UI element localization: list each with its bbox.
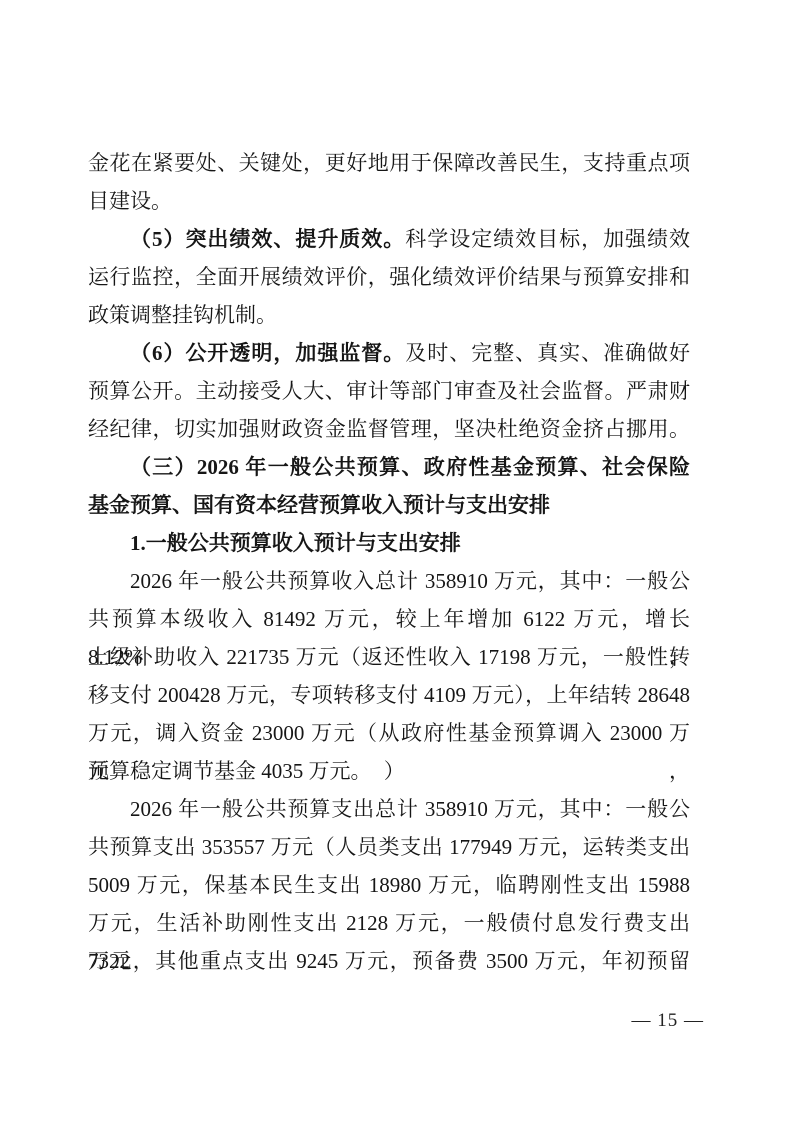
text-line: 政策调整挂钩机制。: [88, 296, 690, 334]
text-line: 共预算支出 353557 万元（人员类支出 177949 万元，运转类支出: [88, 828, 690, 866]
text-line: 万元，其他重点支出 9245 万元，预备费 3500 万元，年初预留: [88, 942, 690, 980]
line-heading: （5）突出绩效、提升质效。: [130, 227, 405, 251]
line-heading: （6）公开透明，加强监督。: [130, 341, 405, 365]
line-heading: 1.一般公共预算收入预计与支出安排: [130, 531, 461, 555]
line-text: 万元，其他重点支出 9245 万元，预备费 3500 万元，年初预留: [88, 949, 690, 973]
text-line: 预算公开。主动接受人大、审计等部门审查及社会监督。严肃财: [88, 372, 690, 410]
text-line: 目建设。: [88, 182, 690, 220]
section-heading-line: 基金预算、国有资本经营预算收入预计与支出安排: [88, 486, 690, 524]
line-text: 移支付 200428 万元，专项转移支付 4109 万元），上年结转 28648: [88, 683, 690, 707]
line-heading: （三）2026 年一般公共预算、政府性基金预算、社会保险: [130, 455, 690, 479]
line-text: 目建设。: [88, 189, 172, 213]
text-line: 5009 万元，保基本民生支出 18980 万元，临聘刚性支出 15988: [88, 866, 690, 904]
line-text: 经纪律，切实加强财政资金监督管理，坚决杜绝资金挤占挪用。: [88, 417, 690, 441]
text-line: 经纪律，切实加强财政资金监督管理，坚决杜绝资金挤占挪用。: [88, 410, 690, 448]
line-heading: 基金预算、国有资本经营预算收入预计与支出安排: [88, 493, 550, 517]
line-text: 5009 万元，保基本民生支出 18980 万元，临聘刚性支出 15988: [88, 873, 690, 897]
text-line: 运行监控，全面开展绩效评价，强化绩效评价结果与预算安排和: [88, 258, 690, 296]
text-line: 万元，生活补助刚性支出 2128 万元，一般债付息发行费支出 7322: [88, 904, 690, 942]
text-body: 金花在紧要处、关键处，更好地用于保障改善民生，支持重点项 目建设。 （5）突出绩…: [88, 144, 690, 980]
line-text: 科学设定绩效目标，加强绩效: [405, 227, 690, 251]
line-text: 共预算支出 353557 万元（人员类支出 177949 万元，运转类支出: [88, 835, 690, 859]
line-text: 金花在紧要处、关键处，更好地用于保障改善民生，支持重点项: [88, 151, 690, 175]
line-text: 预算稳定调节基金 4035 万元。: [88, 759, 372, 783]
line-text: 运行监控，全面开展绩效评价，强化绩效评价结果与预算安排和: [88, 265, 690, 289]
text-line: 2026 年一般公共预算支出总计 358910 万元，其中：一般公: [88, 790, 690, 828]
line-text: 上级补助收入 221735 万元（返还性收入 17198 万元，一般性转: [88, 645, 690, 669]
text-line: 移支付 200428 万元，专项转移支付 4109 万元），上年结转 28648: [88, 676, 690, 714]
line-text: 及时、完整、真实、准确做好: [405, 341, 690, 365]
text-line: 共预算本级收入 81492 万元，较上年增加 6122 万元，增长 8.12%，: [88, 600, 690, 638]
document-page: 金花在紧要处、关键处，更好地用于保障改善民生，支持重点项 目建设。 （5）突出绩…: [0, 0, 793, 1122]
subsection-heading-line: 1.一般公共预算收入预计与支出安排: [88, 524, 690, 562]
section-heading-line: （三）2026 年一般公共预算、政府性基金预算、社会保险: [88, 448, 690, 486]
line-text: 2026 年一般公共预算支出总计 358910 万元，其中：一般公: [130, 797, 690, 821]
text-line: 上级补助收入 221735 万元（返还性收入 17198 万元，一般性转: [88, 638, 690, 676]
line-text: 政策调整挂钩机制。: [88, 303, 277, 327]
text-line: 万元，调入资金 23000 万元（从政府性基金预算调入 23000 万元），: [88, 714, 690, 752]
text-line: （5）突出绩效、提升质效。科学设定绩效目标，加强绩效: [88, 220, 690, 258]
text-line: （6）公开透明，加强监督。及时、完整、真实、准确做好: [88, 334, 690, 372]
text-line: 金花在紧要处、关键处，更好地用于保障改善民生，支持重点项: [88, 144, 690, 182]
text-line: 2026 年一般公共预算收入总计 358910 万元，其中：一般公: [88, 562, 690, 600]
page-number: — 15 —: [632, 1009, 705, 1033]
line-text: 预算公开。主动接受人大、审计等部门审查及社会监督。严肃财: [88, 379, 690, 403]
line-text: 2026 年一般公共预算收入总计 358910 万元，其中：一般公: [130, 569, 690, 593]
